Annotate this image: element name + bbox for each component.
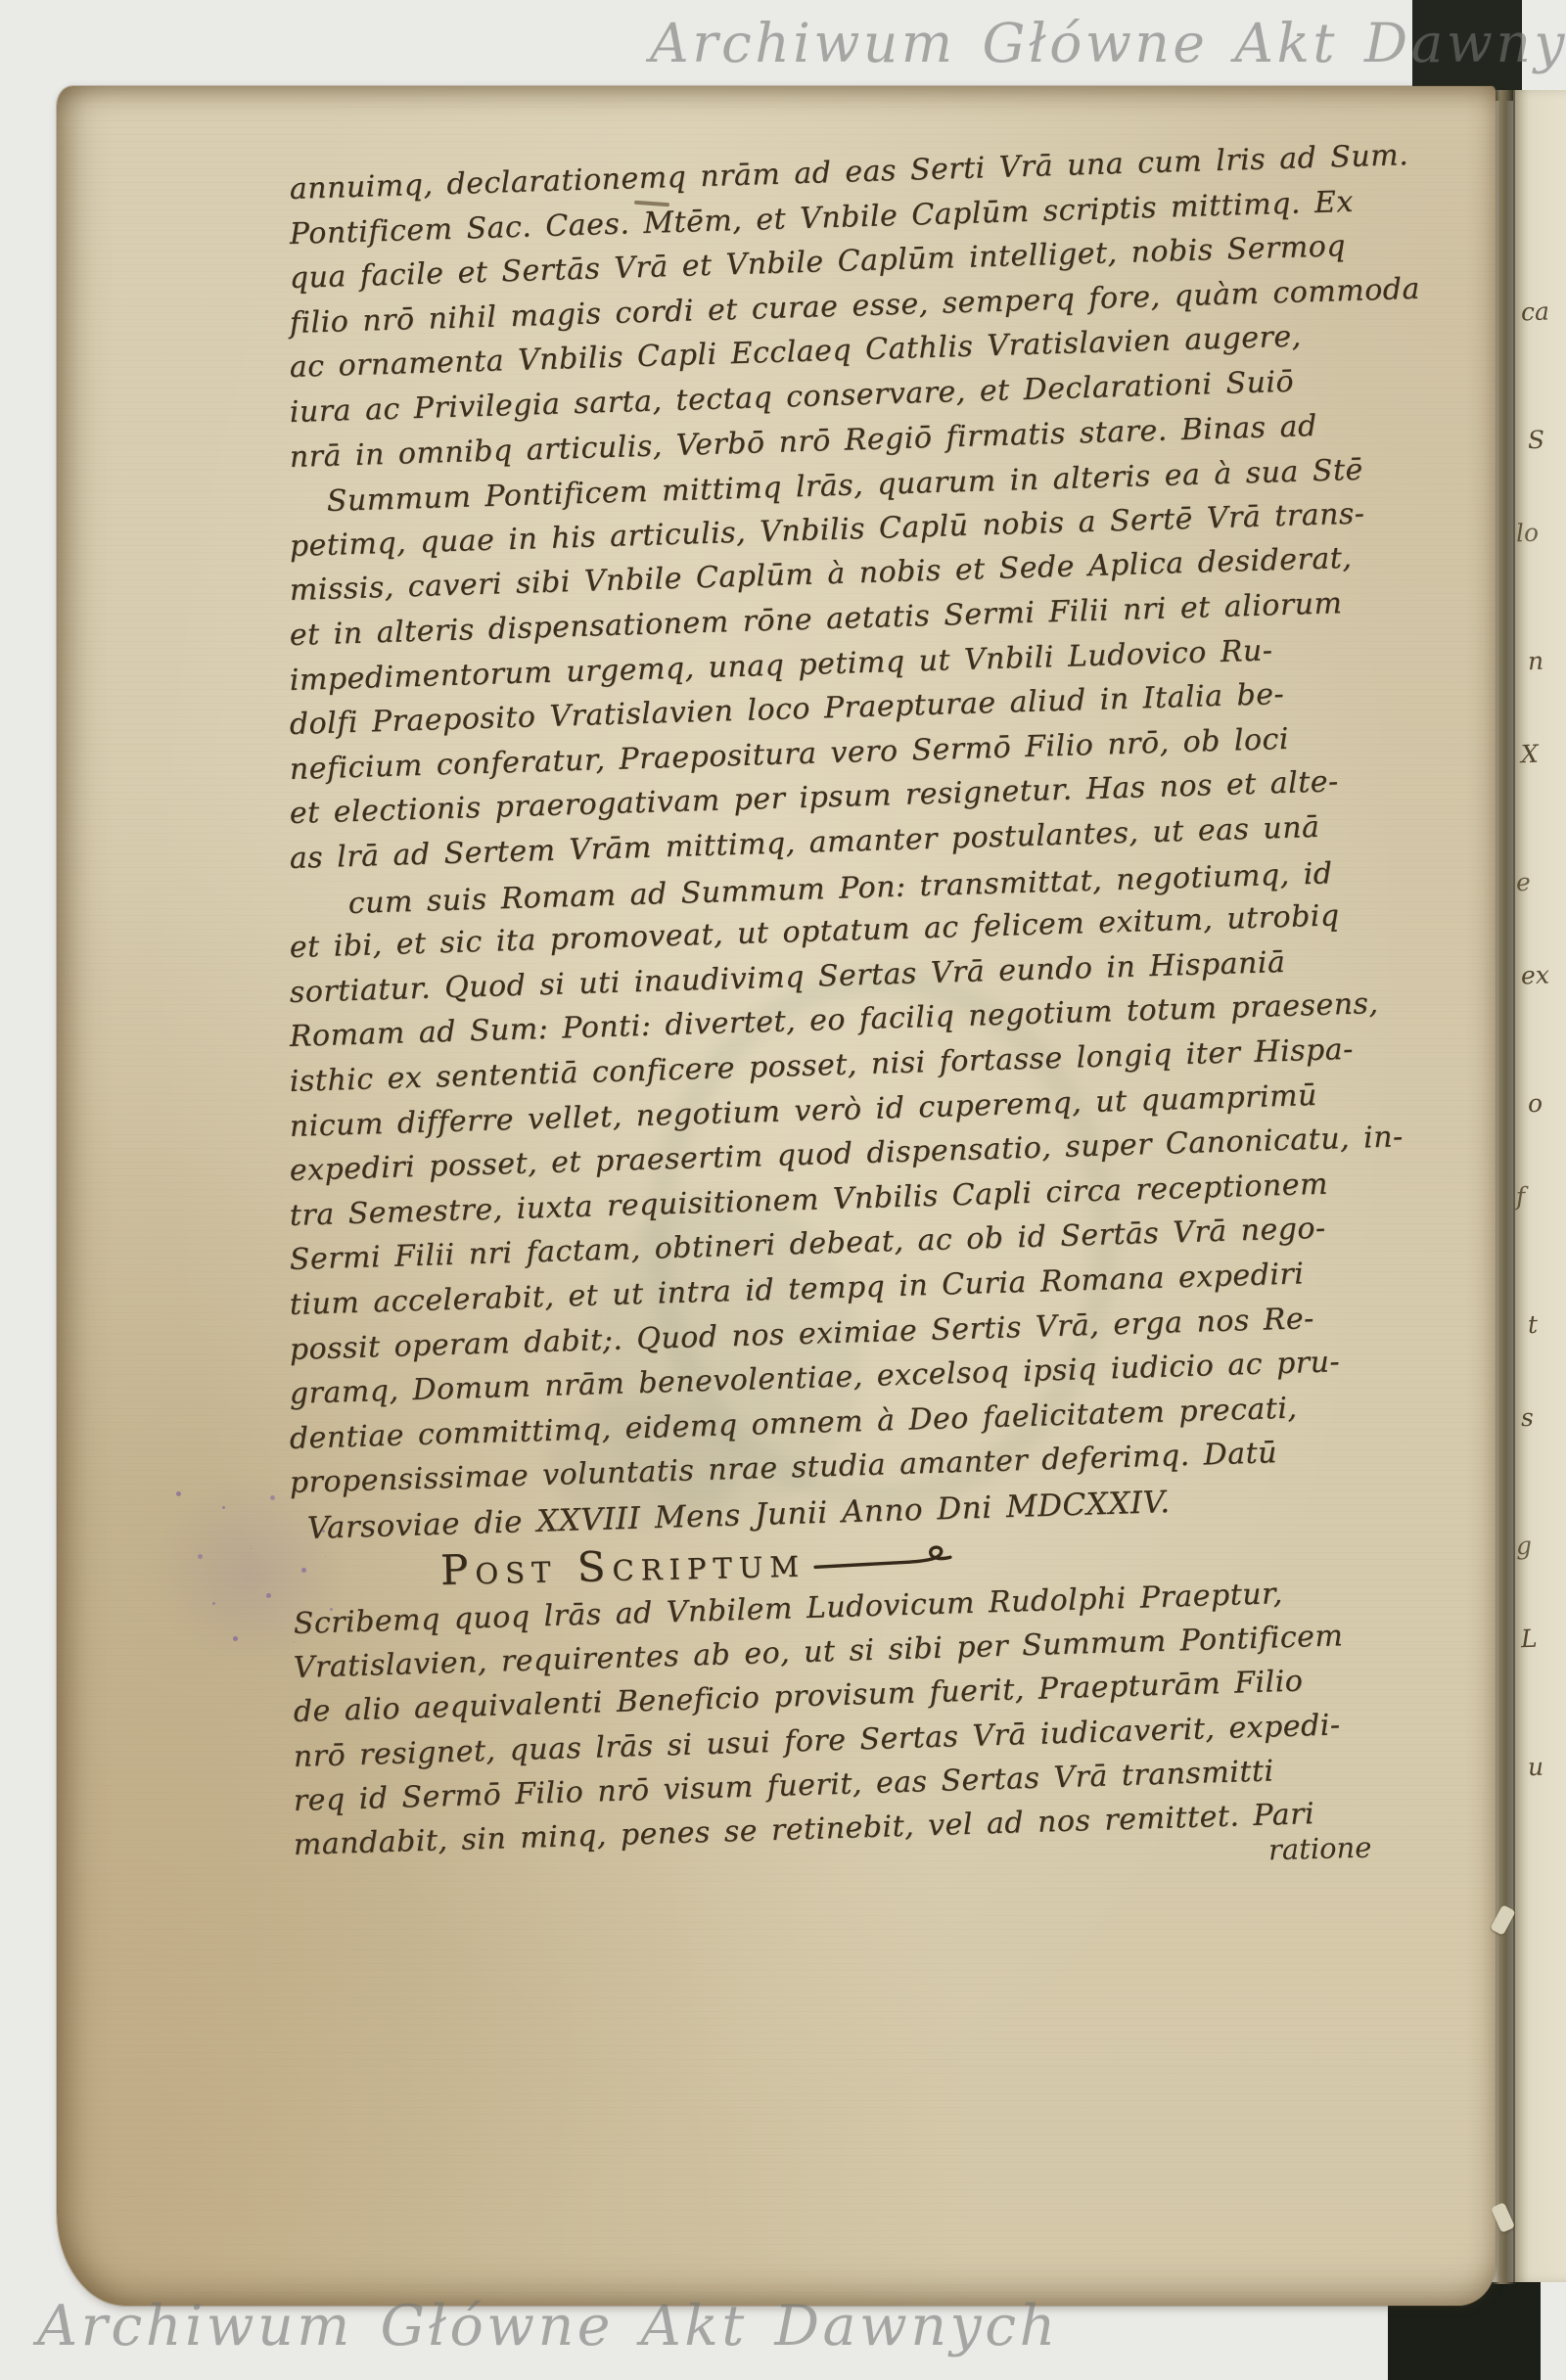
manuscript-text-layer: annuimq, declarationemq nrām ad eas Sert… [290, 172, 1445, 1924]
catchword: ratione [1268, 1831, 1372, 1867]
adjacent-page-text-fragment: o [1527, 1089, 1543, 1119]
adjacent-page-text-fragment: lo [1516, 519, 1540, 548]
adjacent-page-text-fragment: e [1515, 868, 1531, 896]
postscript-heading-text: Post Scriptum [440, 1538, 806, 1594]
adjacent-page-text-fragment: u [1527, 1753, 1543, 1782]
adjacent-page-text-fragment: s [1520, 1403, 1534, 1432]
archive-watermark-bottom: Archiwum Główne Akt Dawnych [37, 2294, 1059, 2358]
adjacent-page-text-fragment: ex [1521, 961, 1550, 990]
adjacent-page-text-fragment: S [1527, 426, 1544, 455]
adjacent-page-text-fragment: f [1515, 1182, 1525, 1211]
postscript-heading: Post Scriptum [440, 1534, 961, 1594]
adjacent-page-text-fragment: L [1520, 1625, 1538, 1654]
adjacent-page-text-fragment: n [1527, 647, 1543, 676]
adjacent-page-text-fragment: X [1520, 740, 1539, 769]
adjacent-page-edge: caSlonXeexoftsgLu [1513, 90, 1566, 2282]
archive-watermark-top: Archiwum Główne Akt Dawnych [650, 12, 1566, 74]
adjacent-page-text-fragment: t [1527, 1310, 1538, 1339]
heading-flourish [812, 1543, 960, 1576]
adjacent-page-text-fragment: ca [1521, 297, 1550, 327]
adjacent-page-text-fragment: g [1515, 1532, 1532, 1561]
